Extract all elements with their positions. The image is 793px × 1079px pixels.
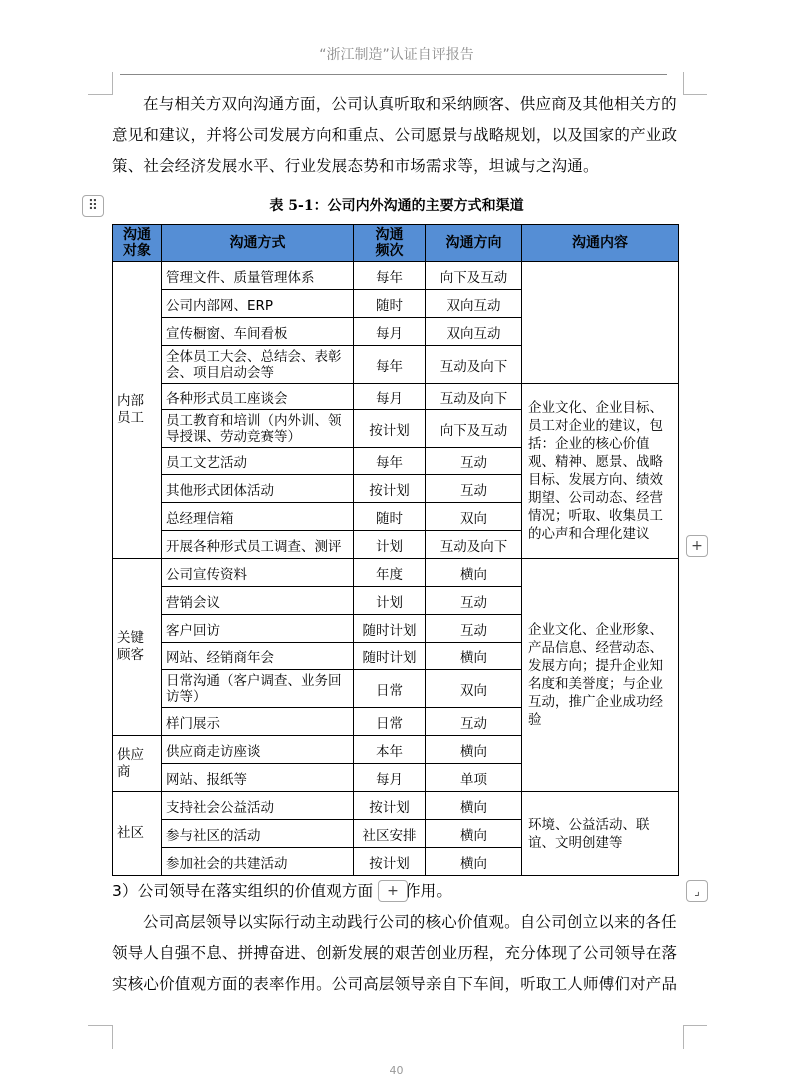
cell-frequency: 随时计划: [354, 643, 426, 670]
cell-method: 员工教育和培训（内外训、领导授课、劳动竞赛等）: [162, 410, 354, 448]
cell-frequency: 按计划: [354, 848, 426, 876]
cell-method: 开展各种形式员工调查、测评: [162, 531, 354, 559]
cell-frequency: 按计划: [354, 475, 426, 503]
table-row: 内部员工 管理文件、质量管理体系 每年 向下及互动: [113, 262, 679, 290]
cell-direction: 互动及向下: [426, 384, 522, 410]
cell-method: 总经理信箱: [162, 503, 354, 531]
cell-method: 营销会议: [162, 587, 354, 615]
crop-mark-top-right-h: [683, 94, 707, 95]
cell-direction: 单项: [426, 764, 522, 792]
cell-direction: 向下及互动: [426, 410, 522, 448]
group-object-internal: 内部员工: [113, 262, 162, 559]
cell-frequency: 计划: [354, 531, 426, 559]
body-line-2: 领导人自强不息、拼搏奋进、创新发展的艰苦创业历程，充分体现了公司领导在落: [112, 938, 682, 969]
cell-frequency: 按计划: [354, 410, 426, 448]
cell-frequency: 日常: [354, 708, 426, 736]
table-row: 关键顾客 公司宣传资料 年度 横向 企业文化、企业形象、产品信息、经营动态、发展…: [113, 559, 679, 587]
table-row: 各种形式员工座谈会 每月 互动及向下 企业文化、企业目标、员工对企业的建议，包括…: [113, 384, 679, 410]
cell-direction: 横向: [426, 736, 522, 764]
cell-content-internal: 企业文化、企业目标、员工对企业的建议，包括：企业的核心价值观、精神、愿景、战略目…: [522, 384, 679, 559]
cell-direction: 互动及向下: [426, 531, 522, 559]
cell-method: 管理文件、质量管理体系: [162, 262, 354, 290]
add-row-button[interactable]: +: [378, 880, 408, 902]
cell-frequency: 每年: [354, 262, 426, 290]
crop-mark-bottom-right-h: [683, 1025, 707, 1026]
cell-content-external: 企业文化、企业形象、产品信息、经营动态、发展方向；提升企业知名度和美誉度；与企业…: [522, 559, 679, 792]
cell-direction: 双向互动: [426, 290, 522, 318]
cell-direction: 横向: [426, 643, 522, 670]
cell-direction: 互动: [426, 448, 522, 475]
cell-direction: 双向互动: [426, 318, 522, 346]
header-frequency: 沟通频次: [354, 225, 426, 262]
group-object-suppliers: 供应商: [113, 736, 162, 792]
body-paragraph: 公司高层领导以实际行动主动践行公司的核心价值观。自公司创立以来的各任 领导人自强…: [112, 907, 682, 1000]
group-object-community: 社区: [113, 792, 162, 876]
cell-direction: 双向: [426, 503, 522, 531]
cell-method: 日常沟通（客户调查、业务回访等）: [162, 670, 354, 708]
header-object: 沟通对象: [113, 225, 162, 262]
cell-direction: 互动: [426, 587, 522, 615]
cell-frequency: 每月: [354, 764, 426, 792]
section-heading-text-before: 3）公司领导在落实组织的价值观方面: [112, 882, 373, 900]
cell-frequency: 每年: [354, 346, 426, 384]
cell-method: 参与社区的活动: [162, 820, 354, 848]
group-object-customers: 关键顾客: [113, 559, 162, 736]
crop-mark-top-left-h: [88, 94, 112, 95]
cell-method: 网站、报纸等: [162, 764, 354, 792]
cell-method: 公司宣传资料: [162, 559, 354, 587]
cell-content-community: 环境、公益活动、联谊、文明创建等: [522, 792, 679, 876]
cell-frequency: 按计划: [354, 792, 426, 820]
body-line-1: 公司高层领导以实际行动主动践行公司的核心价值观。自公司创立以来的各任: [112, 907, 682, 938]
table-resize-handle[interactable]: ⌟: [686, 880, 708, 902]
cell-method: 公司内部网、ERP: [162, 290, 354, 318]
cell-frequency: 随时计划: [354, 615, 426, 643]
cell-direction: 横向: [426, 820, 522, 848]
cell-method: 网站、经销商年会: [162, 643, 354, 670]
cell-method: 员工文艺活动: [162, 448, 354, 475]
intro-line-2: 意见和建议，并将公司发展方向和重点、公司愿景与战略规划，以及国家的产业政: [112, 120, 682, 151]
cell-direction: 横向: [426, 792, 522, 820]
cell-method: 参加社会的共建活动: [162, 848, 354, 876]
header-content: 沟通内容: [522, 225, 679, 262]
add-column-button[interactable]: +: [686, 535, 708, 557]
cell-frequency: 年度: [354, 559, 426, 587]
cell-method: 样门展示: [162, 708, 354, 736]
crop-mark-top-right-v: [683, 72, 684, 95]
cell-direction: 互动: [426, 475, 522, 503]
page-header-title: “浙江制造”认证自评报告: [0, 44, 793, 64]
cell-method: 各种形式员工座谈会: [162, 384, 354, 410]
header-method: 沟通方式: [162, 225, 354, 262]
crop-mark-bottom-right-v: [683, 1025, 684, 1049]
table-row: 社区 支持社会公益活动 按计划 横向 环境、公益活动、联谊、文明创建等: [113, 792, 679, 820]
cell-direction: 互动及向下: [426, 346, 522, 384]
cell-frequency: 计划: [354, 587, 426, 615]
intro-line-3: 策、社会经济发展水平、行业发展态势和市场需求等，坦诚与之沟通。: [112, 151, 682, 182]
intro-paragraph: 在与相关方双向沟通方面，公司认真听取和采纳顾客、供应商及其他相关方的 意见和建议…: [112, 89, 682, 182]
cell-method: 全体员工大会、总结会、表彰会、项目启动会等: [162, 346, 354, 384]
cell-direction: 双向: [426, 670, 522, 708]
cell-frequency: 本年: [354, 736, 426, 764]
cell-direction: 互动: [426, 708, 522, 736]
crop-mark-bottom-left-v: [112, 1025, 113, 1049]
cell-direction: 横向: [426, 848, 522, 876]
cell-method: 其他形式团体活动: [162, 475, 354, 503]
cell-method: 供应商走访座谈: [162, 736, 354, 764]
communication-table: 沟通对象 沟通方式 沟通频次 沟通方向 沟通内容 内部员工 管理文件、质量管理体…: [112, 224, 679, 876]
cell-content-blank: [522, 262, 679, 384]
header-divider: [120, 74, 667, 75]
cell-direction: 互动: [426, 615, 522, 643]
cell-direction: 横向: [426, 559, 522, 587]
cell-frequency: 日常: [354, 670, 426, 708]
crop-mark-bottom-left-h: [88, 1025, 112, 1026]
table-caption: 表 5-1：公司内外沟通的主要方式和渠道: [0, 195, 793, 215]
cell-frequency: 社区安排: [354, 820, 426, 848]
cell-method: 宣传橱窗、车间看板: [162, 318, 354, 346]
cell-frequency: 每月: [354, 318, 426, 346]
page-number: 40: [0, 1064, 793, 1077]
header-direction: 沟通方向: [426, 225, 522, 262]
body-line-3: 实核心价值观方面的表率作用。公司高层领导亲自下车间，听取工人师傅们对产品: [112, 969, 682, 1000]
cell-frequency: 每月: [354, 384, 426, 410]
cell-direction: 向下及互动: [426, 262, 522, 290]
table-header-row: 沟通对象 沟通方式 沟通频次 沟通方向 沟通内容: [113, 225, 679, 262]
cell-method: 客户回访: [162, 615, 354, 643]
cell-frequency: 随时: [354, 290, 426, 318]
cell-method: 支持社会公益活动: [162, 792, 354, 820]
cell-frequency: 每年: [354, 448, 426, 475]
intro-line-1: 在与相关方双向沟通方面，公司认真听取和采纳顾客、供应商及其他相关方的: [112, 89, 682, 120]
cell-frequency: 随时: [354, 503, 426, 531]
